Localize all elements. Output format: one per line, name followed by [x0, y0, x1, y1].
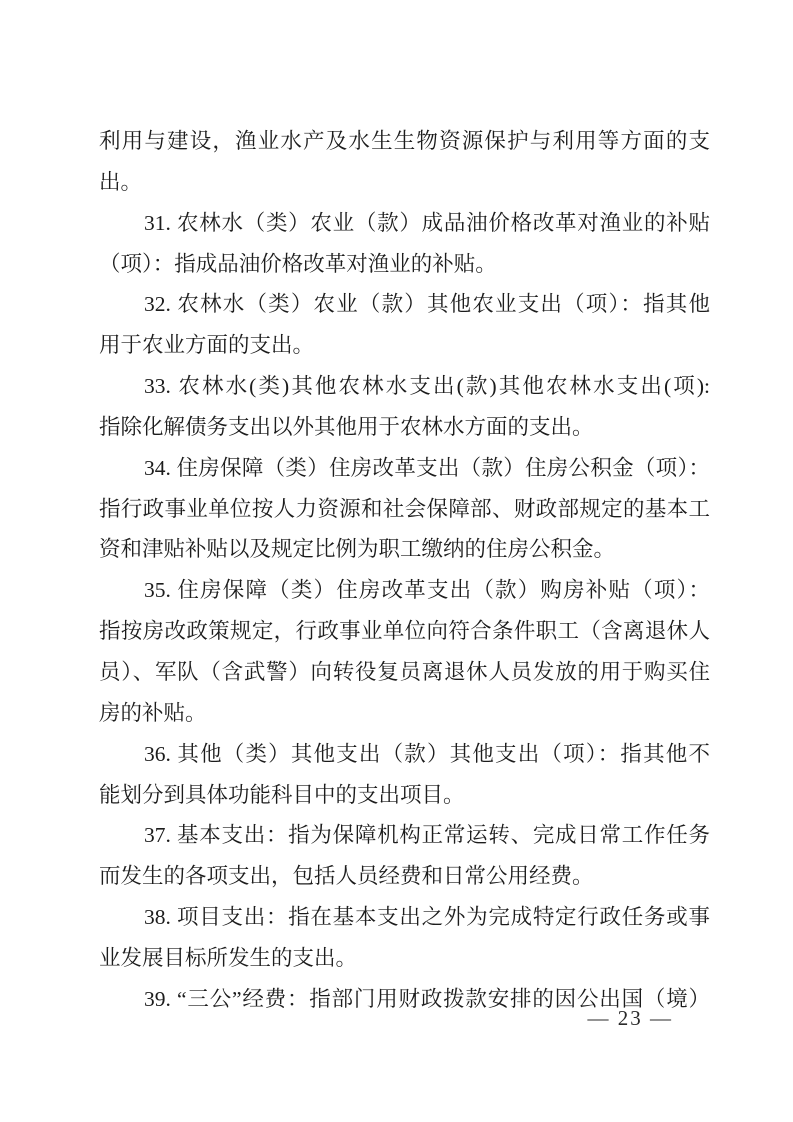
text-line: 37. 基本支出：指为保障机构正常运转、完成日常工作任务: [99, 815, 710, 856]
text-line: 36. 其他（类）其他支出（款）其他支出（项）：指其他不: [99, 734, 710, 775]
text-line: 利用与建设，渔业水产及水生生物资源保护与利用等方面的支: [99, 121, 710, 162]
text-line: 指除化解债务支出以外其他用于农林水方面的支出。: [99, 407, 710, 448]
text-line: （项）：指成品油价格改革对渔业的补贴。: [99, 244, 710, 285]
text-line: 31. 农林水（类）农业（款）成品油价格改革对渔业的补贴: [99, 203, 710, 244]
text-line: 32. 农林水（类）农业（款）其他农业支出（项）：指其他: [99, 284, 710, 325]
text-line: 而发生的各项支出，包括人员经费和日常公用经费。: [99, 856, 710, 897]
body-text: 利用与建设，渔业水产及水生生物资源保护与利用等方面的支出。31. 农林水（类）农…: [99, 121, 710, 1020]
text-line: 34. 住房保障（类）住房改革支出（款）住房公积金（项）：: [99, 448, 710, 489]
text-line: 员）、军队（含武警）向转役复员离退休人员发放的用于购买住: [99, 652, 710, 693]
text-line: 38. 项目支出：指在基本支出之外为完成特定行政任务或事: [99, 897, 710, 938]
text-line: 能划分到具体功能科目中的支出项目。: [99, 775, 710, 816]
text-line: 33. 农林水(类)其他农林水支出(款)其他农林水支出(项):: [99, 366, 710, 407]
document-page: 利用与建设，渔业水产及水生生物资源保护与利用等方面的支出。31. 农林水（类）农…: [0, 0, 793, 1122]
text-line: 指按房改政策规定，行政事业单位向符合条件职工（含离退休人: [99, 611, 710, 652]
text-line: 出。: [99, 162, 710, 203]
text-line: 资和津贴补贴以及规定比例为职工缴纳的住房公积金。: [99, 529, 710, 570]
text-line: 35. 住房保障（类）住房改革支出（款）购房补贴（项）：: [99, 570, 710, 611]
text-line: 业发展目标所发生的支出。: [99, 938, 710, 979]
text-line: 房的补贴。: [99, 693, 710, 734]
text-line: 指行政事业单位按人力资源和社会保障部、财政部规定的基本工: [99, 489, 710, 530]
page-number: — 23 —: [588, 1003, 674, 1033]
text-line: 用于农业方面的支出。: [99, 325, 710, 366]
